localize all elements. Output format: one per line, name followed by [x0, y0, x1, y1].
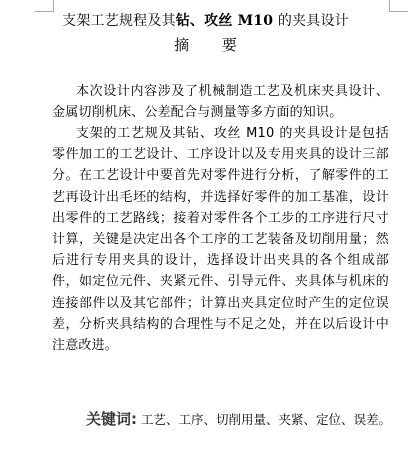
abstract-heading: 摘 要 [0, 36, 411, 54]
keywords-line: 关键词: 工艺、工序、切削用量、夹紧、定位、误差。 [86, 409, 391, 430]
keywords-label: 关键词: [86, 410, 137, 428]
abstract-paragraph-2-container: 支架的工艺规及其钻、攻丝 M10 的夹具设计是包括零件加工的工艺设计、工序设计以… [52, 123, 389, 356]
abstract-paragraph-1-container: 本次设计内容涉及了机械制造工艺及机床夹具设计、金属切削机床、公差配合与测量等多方… [52, 81, 389, 123]
title-prefix: 支架工艺规程及其 [62, 13, 176, 29]
abstract-paragraph: 本次设计内容涉及了机械制造工艺及机床夹具设计、金属切削机床、公差配合与测量等多方… [52, 81, 389, 123]
keywords-text: 工艺、工序、切削用量、夹紧、定位、误差。 [137, 412, 391, 427]
title-bold-part: 钻、攻丝 M10 [176, 13, 273, 29]
abstract-paragraph: 支架的工艺规及其钻、攻丝 M10 的夹具设计是包括零件加工的工艺设计、工序设计以… [52, 123, 389, 356]
page-corner-mark-right [389, 0, 408, 12]
page-corner-mark-left [35, 0, 54, 12]
document-title: 支架工艺规程及其钻、攻丝 M10 的夹具设计 [0, 12, 411, 30]
title-suffix: 的夹具设计 [273, 13, 349, 29]
